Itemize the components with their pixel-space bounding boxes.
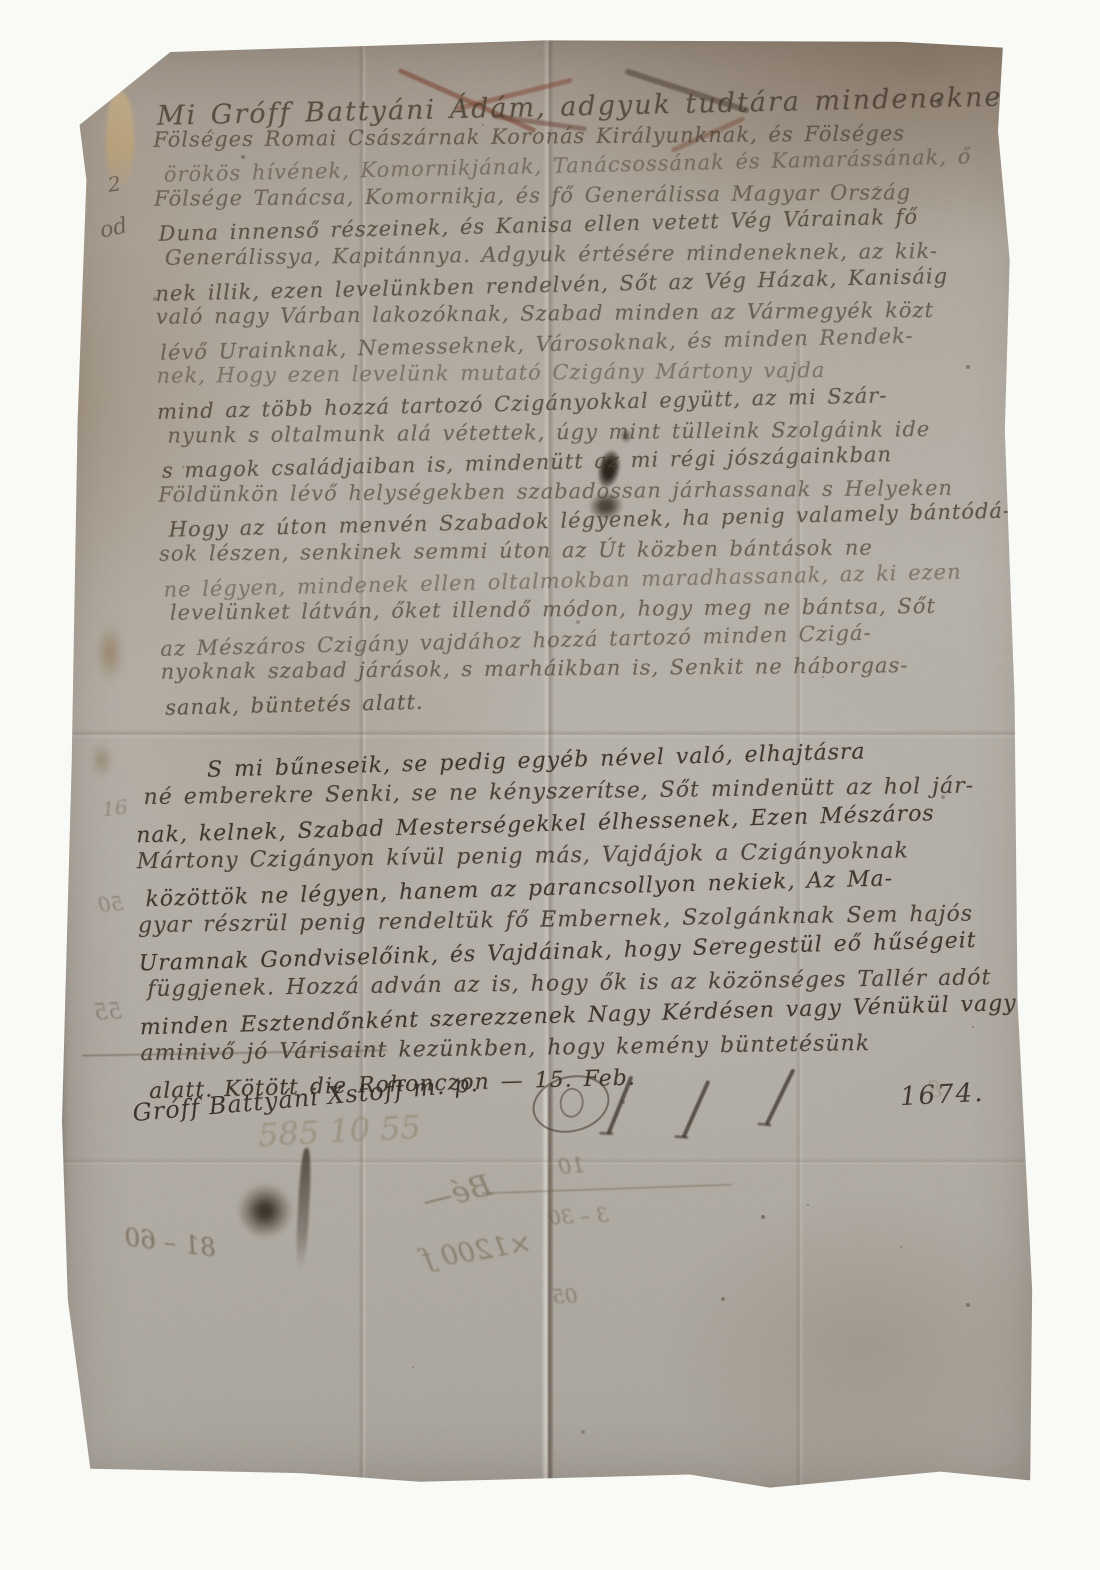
horizontal-fold-crease [62, 1158, 1038, 1166]
bleedthrough-numerals: 585 10 55 [257, 1108, 422, 1154]
margin-numeral: 55 [93, 999, 122, 1025]
bleedthrough-rule-line [482, 1184, 732, 1195]
bleedthrough-numerals: 3 – 30 [547, 1202, 609, 1229]
bleedthrough-numerals: 8 [928, 1078, 942, 1103]
date-year: 1674. [899, 1078, 985, 1112]
margin-mark: od [98, 213, 130, 243]
bleedthrough-numerals: 10 [557, 1153, 585, 1179]
ink-smudge [230, 1176, 308, 1276]
handwritten-paragraph-1: Mi Gróff Battyáni Ádám, adgyuk tudtára m… [153, 86, 1030, 720]
margin-mark: 2 [106, 171, 122, 197]
foxing-stain [88, 738, 116, 782]
edge-stain [1006, 434, 1022, 462]
margin-numeral: 50 [97, 891, 124, 917]
bleedthrough-numerals: ×1200 ƒ [420, 1228, 533, 1276]
bleedthrough-numerals: 05 [552, 1284, 578, 1309]
margin-mark: 16 [101, 795, 129, 822]
bleedthrough-numerals: 81 – 60 [123, 1223, 218, 1263]
paper-speckles [62, 36, 64, 38]
manuscript-page: Mi Gróff Battyáni Ádám, adgyuk tudtára m… [62, 36, 1038, 1492]
ink-streak [295, 1148, 312, 1270]
photo-of-manuscript: Mi Gróff Battyáni Ádám, adgyuk tudtára m… [0, 0, 1100, 1570]
foxing-stain [92, 616, 128, 690]
handwritten-paragraph-2: S mi bűneseik, se pedig egyéb nével való… [135, 736, 1030, 1105]
